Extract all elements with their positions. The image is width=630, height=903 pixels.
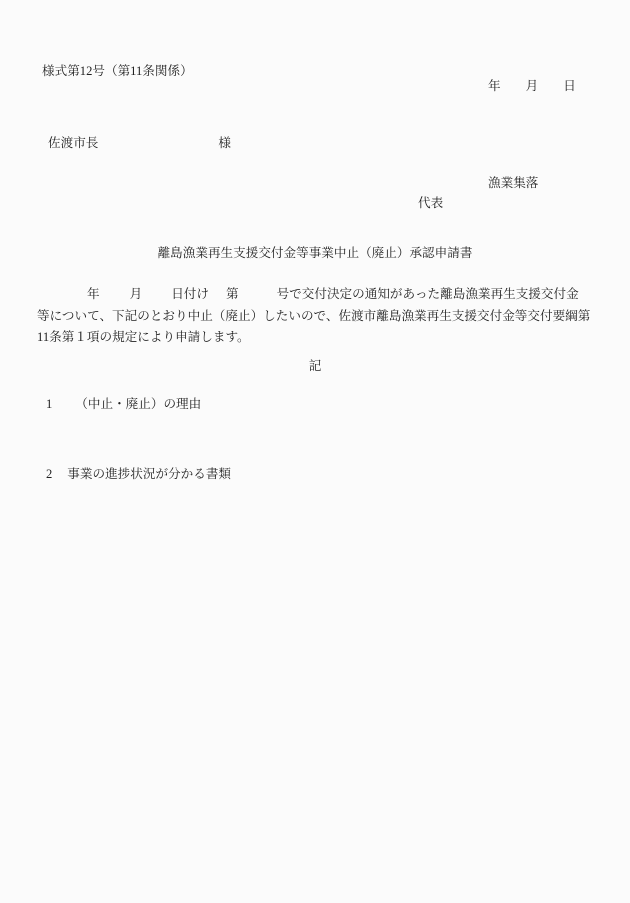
list-item-reason: 1（中止・廃止）の理由 <box>46 397 201 412</box>
list-item-progress-documents: 2事業の進捗状況が分かる書類 <box>46 467 231 482</box>
addressee-honorific: 様 <box>218 136 231 150</box>
spacer <box>209 297 226 298</box>
body-dated-label: 日付け <box>171 287 209 301</box>
spacer <box>538 89 563 90</box>
item-2-label: 事業の進捗状況が分かる書類 <box>67 467 231 481</box>
spacer <box>52 407 75 408</box>
document-page: 様式第12号（第11条関係） 年月日 佐渡市長様 漁業集落 代表 離島漁業再生支… <box>0 0 630 903</box>
spacer <box>52 477 67 478</box>
body-number-prefix-label: 第 <box>226 287 239 301</box>
date-month-label: 月 <box>526 79 539 93</box>
addressee-line: 佐渡市長様 <box>48 136 231 151</box>
date-day-label: 日 <box>563 79 576 93</box>
representative-label: 代表 <box>418 196 443 211</box>
year-blank <box>100 297 130 298</box>
body-line1-text: 号で交付決定の通知があった離島漁業再生支援交付金 <box>277 287 579 301</box>
month-blank <box>142 297 171 298</box>
item-1-number: 1 <box>46 397 52 411</box>
item-1-label: （中止・廃止）の理由 <box>75 397 201 411</box>
addressee-name: 佐渡市長 <box>48 136 98 150</box>
body-line-3: 11条第１項の規定により申請します。 <box>37 330 250 345</box>
body-month-label: 月 <box>130 287 143 301</box>
document-title: 離島漁業再生支援交付金等事業中止（廃止）承認申請書 <box>0 246 630 261</box>
spacer <box>501 89 526 90</box>
item-2-number: 2 <box>46 467 52 481</box>
document-number-blank <box>239 297 277 298</box>
addressee-name-blank <box>98 146 218 147</box>
body-line-2: 等について、下記のとおり中止（廃止）したいので、佐渡市離島漁業再生支援交付金等交… <box>37 309 590 324</box>
date-year-label: 年 <box>488 79 501 93</box>
form-number: 様式第12号（第11条関係） <box>42 64 193 79</box>
indent-spacer <box>37 297 87 298</box>
body-line-1: 年月日付け第号で交付決定の通知があった離島漁業再生支援交付金 <box>37 287 579 302</box>
record-heading: 記 <box>0 359 630 374</box>
date-line: 年月日 <box>488 79 576 94</box>
body-year-label: 年 <box>87 287 100 301</box>
fishery-settlement-label: 漁業集落 <box>488 176 538 191</box>
